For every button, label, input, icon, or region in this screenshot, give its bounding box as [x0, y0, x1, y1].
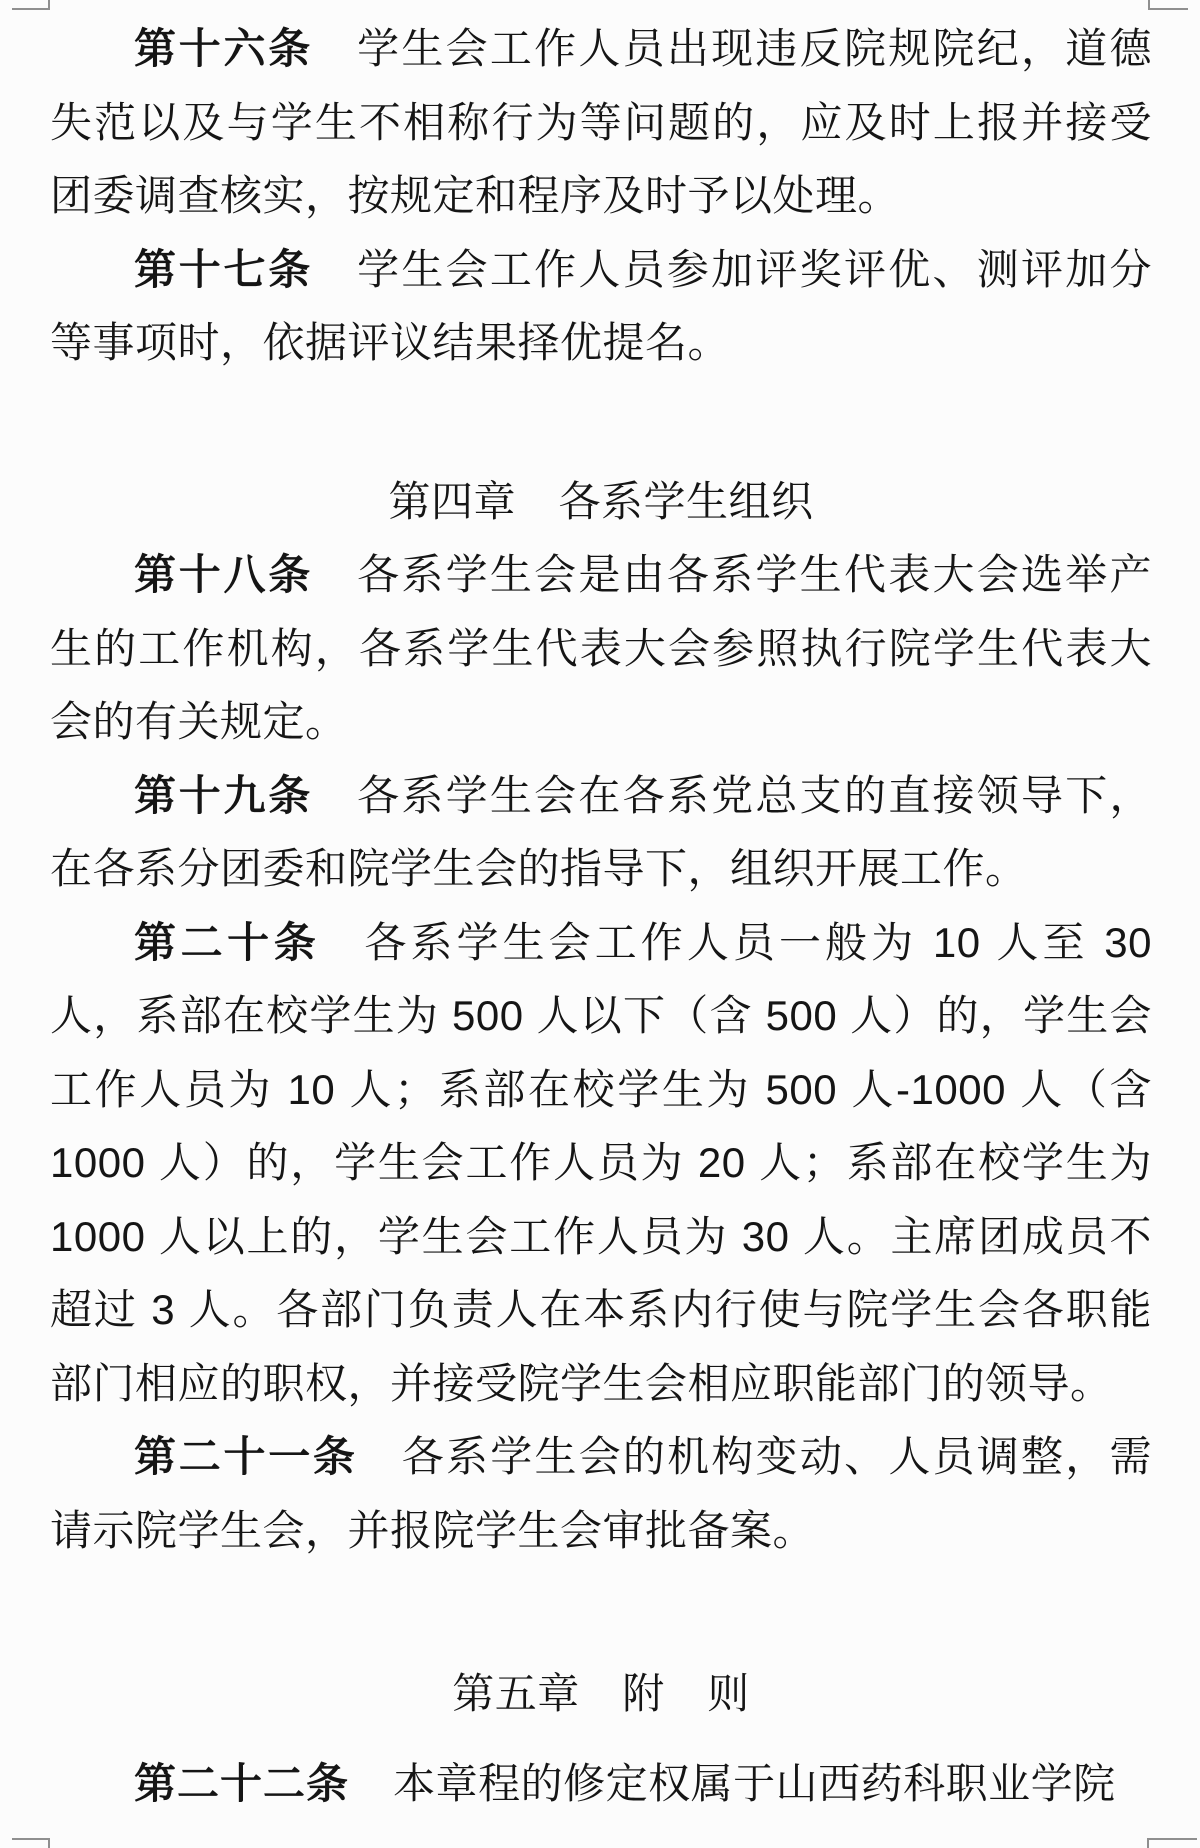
chapter-4-heading: 第四章 各系学生组织 — [50, 465, 1152, 539]
article-19-number: 第十九条 — [134, 772, 313, 819]
text-boundary-mark-top-left — [12, 0, 50, 10]
article-22-number: 第二十二条 — [134, 1760, 349, 1807]
document-page: 第十六条学生会工作人员出现违反院规院纪，道德失范以及与学生不相称行为等问题的，应… — [0, 0, 1200, 1848]
article-19: 第十九条各系学生会在各系党总支的直接领导下，在各系分团委和院学生会的指导下，组织… — [50, 759, 1152, 906]
article-18: 第十八条各系学生会是由各系学生代表大会选举产生的工作机构，各系学生代表大会参照执… — [50, 538, 1152, 759]
article-17-number: 第十七条 — [134, 246, 313, 293]
text-boundary-mark-bottom-left — [12, 1838, 50, 1848]
article-21-number: 第二十一条 — [134, 1433, 358, 1480]
article-17: 第十七条学生会工作人员参加评奖评优、测评加分等事项时，依据评议结果择优提名。 — [50, 233, 1152, 380]
article-21: 第二十一条各系学生会的机构变动、人员调整，需请示院学生会，并报院学生会审批备案。 — [50, 1420, 1152, 1567]
article-22-text: 本章程的修定权属于山西药科职业学院 — [393, 1760, 1116, 1807]
article-16-number: 第十六条 — [134, 25, 313, 72]
article-20: 第二十条各系学生会工作人员一般为 10 人至 30 人，系部在校学生为 500 … — [50, 906, 1152, 1421]
article-18-number: 第十八条 — [134, 551, 313, 598]
text-boundary-mark-bottom-right — [1147, 1838, 1197, 1848]
article-16: 第十六条学生会工作人员出现违反院规院纪，道德失范以及与学生不相称行为等问题的，应… — [50, 12, 1152, 233]
document-text-area: 第十六条学生会工作人员出现违反院规院纪，道德失范以及与学生不相称行为等问题的，应… — [50, 12, 1152, 1820]
article-20-number: 第二十条 — [134, 919, 320, 966]
chapter-5-heading: 第五章 附 则 — [50, 1657, 1152, 1731]
text-boundary-mark-top-right — [1148, 0, 1188, 10]
article-20-text: 各系学生会工作人员一般为 10 人至 30 人，系部在校学生为 500 人以下（… — [50, 919, 1152, 1407]
article-22: 第二十二条本章程的修定权属于山西药科职业学院 — [50, 1747, 1152, 1821]
